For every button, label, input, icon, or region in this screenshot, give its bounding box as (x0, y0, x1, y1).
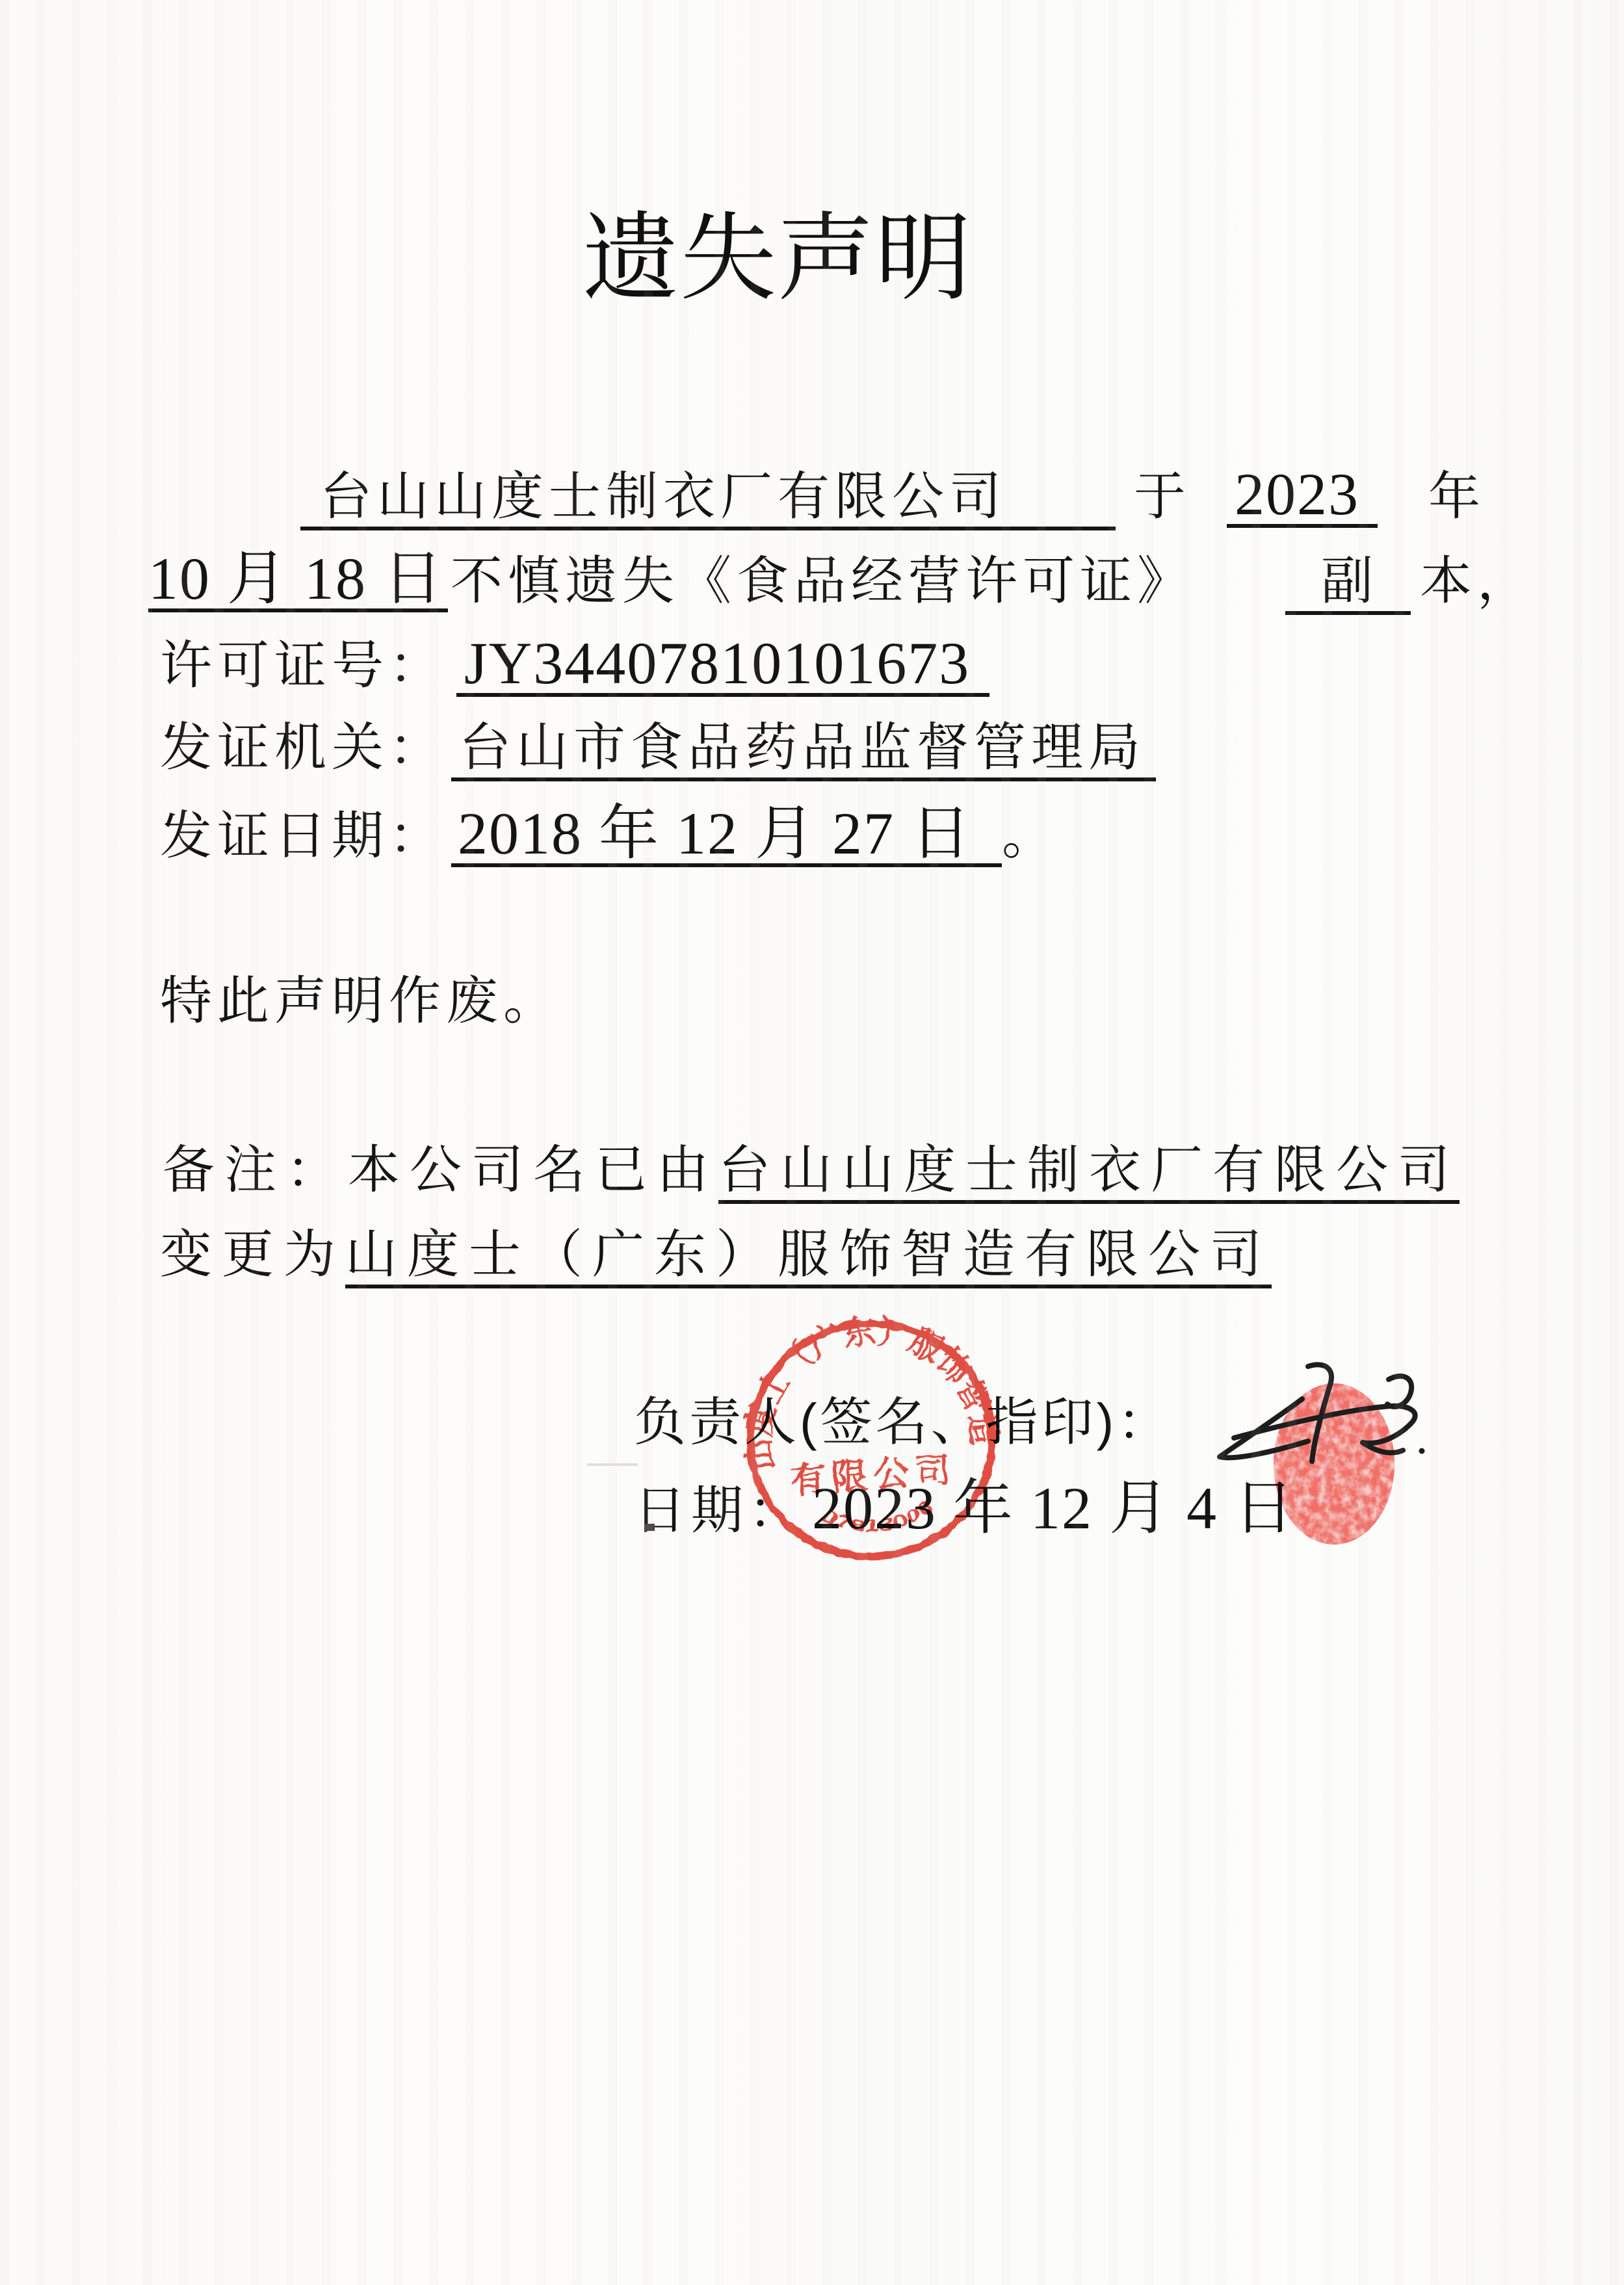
issue-date-label: 发证日期： (160, 807, 446, 865)
remark-prefix: 备注：本公司名已由 (163, 1142, 718, 1199)
lost-year: 2023 (1227, 465, 1378, 528)
scan-streak-artifact (587, 1463, 638, 1466)
issue-date-period: 。 (1002, 807, 1059, 865)
lost-monthday-underlined: 10 月 18 日 (148, 550, 448, 612)
authority-value: 台山市食品药品监督管理局 (451, 719, 1156, 781)
sign-date-line: 日期：2023 年 12 月 4 日 (634, 1480, 1295, 1537)
scanned-page: 遗失声明 台山山度士制衣厂有限公司于2023年 10 月 18 日不慎遗失《食品… (0, 0, 1624, 2285)
issue-date-line: 发证日期：2018 年 12 月 27 日。 (160, 805, 1059, 862)
authority-label: 发证机关： (160, 719, 446, 776)
statement-line-2: 10 月 18 日不慎遗失《食品经营许可证》副本， (148, 550, 1534, 607)
remark-change-prefix: 变更为 (160, 1226, 345, 1283)
license-number-line: 许可证号：JY34407810101673 (160, 634, 989, 692)
remark-line-2: 变更为山度士（广东）服饰智造有限公司 (160, 1226, 1272, 1283)
declaration-line: 特此声明作废。 (160, 973, 560, 1030)
particle-yu: 于 (1134, 468, 1191, 525)
page-title: 遗失声明 (583, 207, 973, 311)
unit-year: 年 (1428, 468, 1486, 525)
company-name-underlined: 台山山度士制衣厂有限公司 (300, 468, 1116, 530)
remark-line-1: 备注：本公司名已由台山山度士制衣厂有限公司 (163, 1142, 1460, 1199)
lost-text: 不慎遗失《食品经营许可证》 (451, 553, 1194, 610)
signature-scribble (1220, 1364, 1425, 1461)
license-number: JY34407810101673 (456, 634, 989, 697)
license-label: 许可证号： (160, 637, 446, 694)
copy-tail: 本， (1420, 553, 1534, 610)
issue-date-value: 2018 年 12 月 27 日 (451, 805, 1002, 867)
signer-label-line: 负责人(签名、指印)： (634, 1394, 1172, 1451)
sign-date-value: 2023 年 12 月 4 日 (812, 1480, 1295, 1537)
authority-line: 发证机关：台山市食品药品监督管理局 (160, 719, 1156, 776)
remark-old-name: 台山山度士制衣厂有限公司 (718, 1142, 1460, 1204)
statement-line-1: 台山山度士制衣厂有限公司于2023年 (300, 465, 1486, 523)
sign-date-label: 日期： (634, 1482, 805, 1539)
remark-new-name: 山度士（广东）服饰智造有限公司 (345, 1226, 1272, 1288)
copy-word-underlined: 副 (1285, 553, 1411, 615)
